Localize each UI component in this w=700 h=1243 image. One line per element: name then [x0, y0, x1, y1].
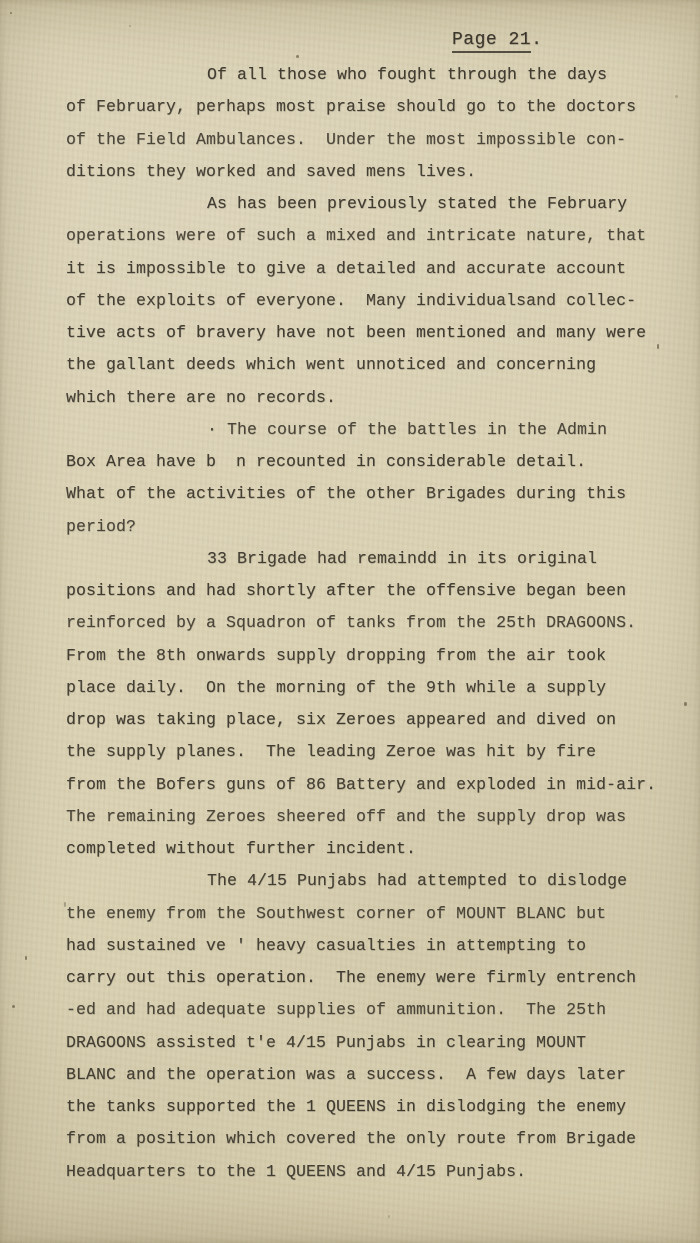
text-line: which there are no records. — [66, 382, 666, 414]
text-line: As has been previously stated the Februa… — [66, 188, 666, 220]
text-line: DRAGOONS assisted t'e 4/15 Punjabs in cl… — [66, 1027, 666, 1059]
page-number-suffix: . — [531, 30, 542, 50]
text-line: from the Bofers guns of 86 Battery and e… — [66, 769, 666, 801]
page-number-label: Page 21 — [452, 30, 531, 53]
text-line: BLANC and the operation was a success. A… — [66, 1059, 666, 1091]
text-line: of February, perhaps most praise should … — [66, 91, 666, 123]
paper-speck — [12, 1005, 15, 1008]
text-line: the tanks supported the 1 QUEENS in disl… — [66, 1091, 666, 1123]
paper-speck — [25, 956, 27, 960]
document-body: Of all those who fought through the days… — [66, 59, 666, 1188]
text-line: period? — [66, 511, 666, 543]
text-line: the supply planes. The leading Zeroe was… — [66, 736, 666, 768]
text-line: carry out this operation. The enemy were… — [66, 962, 666, 994]
text-line: place daily. On the morning of the 9th w… — [66, 672, 666, 704]
text-line: Headquarters to the 1 QUEENS and 4/15 Pu… — [66, 1156, 666, 1188]
text-line: -ed and had adequate supplies of ammunit… — [66, 994, 666, 1026]
text-line: operations were of such a mixed and intr… — [66, 220, 666, 252]
text-line: Box Area have b n recounted in considera… — [66, 446, 666, 478]
text-line: What of the activities of the other Brig… — [66, 478, 666, 510]
text-line: the enemy from the Southwest corner of M… — [66, 898, 666, 930]
paper-speck — [296, 55, 299, 58]
text-line: Of all those who fought through the days — [66, 59, 666, 91]
text-line: drop was taking place, six Zeroes appear… — [66, 704, 666, 736]
text-line: The 4/15 Punjabs had attempted to dislod… — [66, 865, 666, 897]
text-line: it is impossible to give a detailed and … — [66, 253, 666, 285]
text-line: completed without further incident. — [66, 833, 666, 865]
paper-speck — [10, 12, 12, 14]
text-line: of the exploits of everyone. Many indivi… — [66, 285, 666, 317]
text-line: · The course of the battles in the Admin — [66, 414, 666, 446]
text-line: had sustained ve ' heavy casualties in a… — [66, 930, 666, 962]
paper-speck — [129, 25, 131, 27]
text-line: From the 8th onwards supply dropping fro… — [66, 640, 666, 672]
text-line: ditions they worked and saved mens lives… — [66, 156, 666, 188]
text-line: The remaining Zeroes sheered off and the… — [66, 801, 666, 833]
text-line: positions and had shortly after the offe… — [66, 575, 666, 607]
text-line: of the Field Ambulances. Under the most … — [66, 124, 666, 156]
text-line: the gallant deeds which went unnoticed a… — [66, 349, 666, 381]
document-page: Page 21. Of all those who fought through… — [0, 0, 700, 1243]
text-line: tive acts of bravery have not been menti… — [66, 317, 666, 349]
text-line: from a position which covered the only r… — [66, 1123, 666, 1155]
paper-speck — [684, 702, 687, 706]
paper-speck — [675, 95, 678, 98]
page-number: Page 21. — [452, 28, 542, 52]
paper-speck — [388, 1215, 390, 1218]
text-line: 33 Brigade had remaindd in its original — [66, 543, 666, 575]
text-line: reinforced by a Squadron of tanks from t… — [66, 607, 666, 639]
